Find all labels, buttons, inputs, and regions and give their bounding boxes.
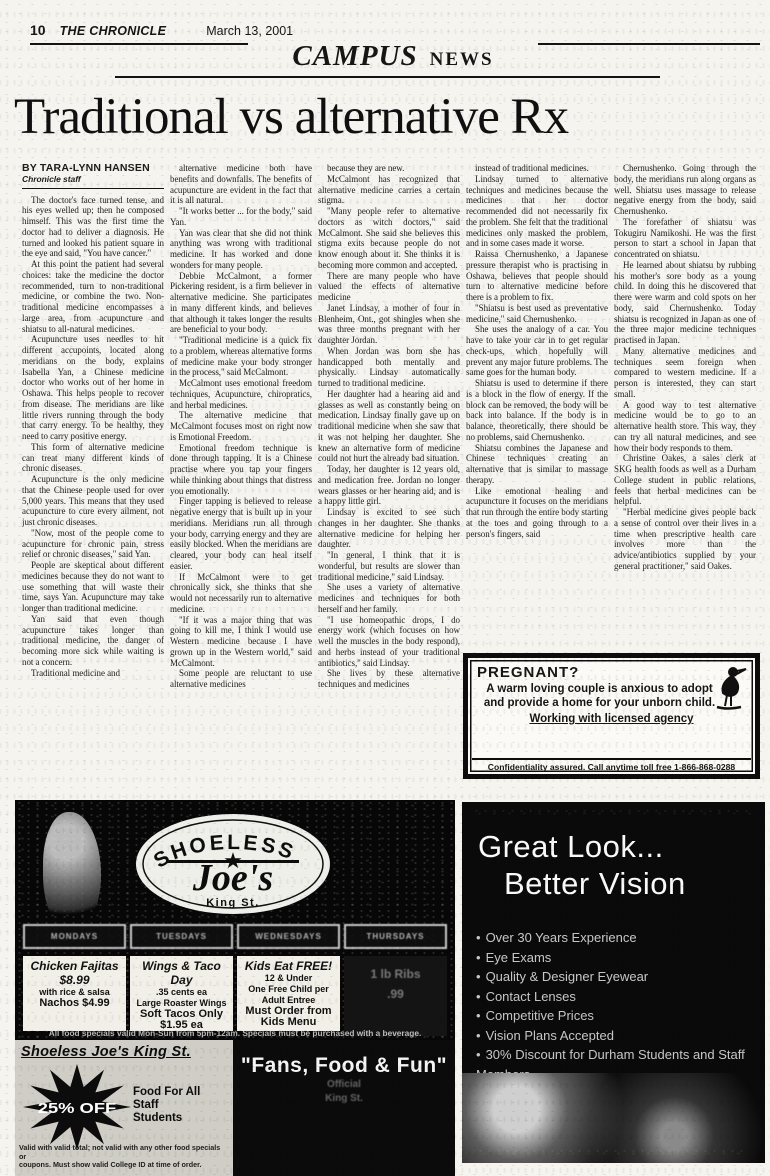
pregnant-ad: PREGNANT? A warm loving couple is anxiou…: [463, 653, 760, 779]
vision-ad: Great Look... Better Vision Over 30 Year…: [462, 802, 765, 1163]
fans-sub1: Official: [233, 1078, 455, 1092]
vision-bullet-list: Over 30 Years ExperienceEye ExamsQuality…: [476, 928, 746, 1084]
vision-bullet: Quality & Designer Eyewear: [476, 967, 746, 987]
staff-panel-title: Shoeless Joe's King St.: [15, 1040, 233, 1060]
special-line: Chicken Fajitas $8.99: [23, 959, 126, 987]
masthead: 10 THE CHRONICLE March 13, 2001: [30, 22, 760, 38]
article-paragraph: Raissa Chernushenko, a Japanese pressure…: [466, 249, 608, 303]
shoeless-joes-logo: SHOELESS ★ Joe's King St.: [133, 812, 333, 916]
special-line: .99: [344, 984, 447, 1004]
special-cell-4: 1 lb Ribs.99: [344, 956, 447, 1036]
article-column-2: alternative medicine both have benefits …: [170, 163, 312, 780]
article-paragraph: She uses a variety of alternative medici…: [318, 582, 460, 614]
issue-date: March 13, 2001: [206, 24, 293, 38]
byline: BY TARA-LYNN HANSEN Chronicle staff: [22, 163, 164, 189]
article-paragraph: Emotional freedom technique is done thro…: [170, 443, 312, 497]
special-line: 12 & Under: [237, 973, 340, 984]
article-paragraph: McCalmont has recognized that alternativ…: [318, 174, 460, 206]
day-header-2: TUESDAYS: [130, 924, 233, 949]
special-cell-2: Wings & Taco Day.35 cents eaLarge Roaste…: [130, 956, 233, 1031]
day-header-1: MONDAYS: [23, 924, 126, 949]
section-banner-sub: NEWS: [430, 49, 494, 70]
article-paragraph: "Herbal medicine gives people back a sen…: [614, 507, 756, 572]
fans-sub2: King St.: [233, 1092, 455, 1106]
article-paragraph: Yan said that even though acupuncture ta…: [22, 614, 164, 668]
article-paragraph: Shiatsu combines the Japanese and Chines…: [466, 443, 608, 486]
staff-side-line1: Food For All Staff: [133, 1086, 228, 1112]
article-paragraph: Janet Lindsay, a mother of four in Blenh…: [318, 303, 460, 346]
staff-side-line2: Students: [133, 1112, 228, 1125]
article-paragraph: Yan was clear that she did not think any…: [170, 228, 312, 271]
pregnant-ad-agency: Working with licensed agency: [477, 713, 746, 725]
vision-title-line2: Better Vision: [504, 865, 765, 902]
byline-credit: Chronicle staff: [22, 174, 164, 185]
article-paragraph: Debbie McCalmont, a former Pickering res…: [170, 271, 312, 336]
fans-slogan: "Fans, Food & Fun": [233, 1054, 455, 1078]
article-paragraph: The forefather of shiatsu was Tokugiru N…: [614, 217, 756, 260]
paper-name: THE CHRONICLE: [60, 24, 167, 38]
article-paragraph: When Jordan was born she has handicapped…: [318, 346, 460, 389]
vision-bullet: Vision Plans Accepted: [476, 1026, 746, 1046]
pregnant-ad-line1: A warm loving couple is anxious to adopt: [477, 683, 722, 697]
article-paragraph: alternative medicine both have benefits …: [170, 163, 312, 206]
special-line: Kids Eat FREE!: [237, 959, 340, 973]
article-paragraph: Her daughter had a hearing aid and glass…: [318, 389, 460, 464]
article-paragraph: The alternative medicine that McCalmont …: [170, 410, 312, 442]
article-headline: Traditional vs alternative Rx: [14, 88, 762, 146]
vision-bullet: Over 30 Years Experience: [476, 928, 746, 948]
page-number: 10: [30, 22, 46, 38]
special-line: Nachos $4.99: [23, 998, 126, 1009]
article-column-1: BY TARA-LYNN HANSEN Chronicle staff The …: [22, 163, 164, 780]
article-paragraph: She uses the analogy of a car. You have …: [466, 324, 608, 378]
article-paragraph: There are many people who have valued th…: [318, 271, 460, 303]
article-paragraph: The doctor's face turned tense, and his …: [22, 195, 164, 260]
article-paragraph: Lindsay is excited to see such changes i…: [318, 507, 460, 550]
article-paragraph: "It works better ... for the body," said…: [170, 206, 312, 228]
day-header-4: THURSDAYS: [344, 924, 447, 949]
special-line: Must Order from Kids Menu: [237, 1006, 340, 1028]
article-paragraph: Shiatsu is used to determine if there is…: [466, 378, 608, 443]
article-paragraph: Today, her daughter is 12 years old, and…: [318, 464, 460, 507]
banner-rule: [115, 76, 660, 78]
shoeless-joes-ad: SHOELESS ★ Joe's King St. MONDAYS TUESDA…: [15, 800, 455, 1176]
article-paragraph: McCalmont uses emotional freedom techniq…: [170, 378, 312, 410]
section-banner: CAMPUS NEWS: [248, 40, 538, 73]
article-paragraph: People are skeptical about different med…: [22, 560, 164, 614]
discount-burst-text: 25% OFF: [38, 1100, 116, 1117]
article-column-3: because they are new.McCalmont has recog…: [318, 163, 460, 780]
discount-starburst: 25% OFF: [23, 1064, 131, 1150]
article-paragraph: Christine Oakes, a sales clerk at SKG he…: [614, 453, 756, 507]
article-paragraph: "Traditional medicine is a quick fix to …: [170, 335, 312, 378]
fine-print-line2: coupons. Must show valid College ID at t…: [19, 1161, 227, 1170]
special-line: One Free Child per Adult Entree: [237, 984, 340, 1006]
pregnant-ad-title: PREGNANT?: [477, 664, 746, 681]
article-paragraph: Finger tapping is believed to release ne…: [170, 496, 312, 571]
article-paragraph: "Now, most of the people come to acupunc…: [22, 528, 164, 560]
article-paragraph: A good way to test alternative medicine …: [614, 400, 756, 454]
article-paragraph: instead of traditional medicines.: [466, 163, 608, 174]
pregnant-ad-line2: and provide a home for your unborn child…: [477, 697, 722, 711]
article-paragraph: Like emotional healing and acupuncture i…: [466, 486, 608, 540]
article-paragraph: This form of alternative medicine can tr…: [22, 442, 164, 474]
article-paragraph: "Many people refer to alternative doctor…: [318, 206, 460, 271]
article-paragraph: Acupuncture is the only medicine that th…: [22, 474, 164, 528]
article-paragraph: "If it was a major thing that was going …: [170, 615, 312, 669]
article-paragraph: Acupuncture uses needles to hit differen…: [22, 334, 164, 442]
article-paragraph: Some people are reluctant to use alterna…: [170, 668, 312, 690]
article-paragraph: He learned about shiatsu by rubbing his …: [614, 260, 756, 346]
fine-print-line1: Valid with valid total; not valid with a…: [19, 1144, 227, 1161]
vision-ad-top-strip: [472, 808, 752, 816]
staff-discount-panel: Shoeless Joe's King St. 25% OFF Food For…: [15, 1040, 233, 1176]
article-paragraph: "I use homeopathic drops, I do energy wo…: [318, 615, 460, 669]
article-paragraph: She lives by these alternative technique…: [318, 668, 460, 690]
specials-grid: MONDAYS TUESDAYS WEDNESDAYS THURSDAYS Ch…: [23, 924, 447, 1036]
fans-panel: "Fans, Food & Fun" Official King St.: [233, 1040, 455, 1176]
article-paragraph: At this point the patient had several ch…: [22, 259, 164, 334]
special-line: Wings & Taco Day: [130, 959, 233, 987]
article-paragraph: Lindsay turned to alternative techniques…: [466, 174, 608, 249]
staff-side-text: Food For All Staff Students: [133, 1086, 228, 1125]
column-1-paragraphs: The doctor's face turned tense, and his …: [22, 195, 164, 679]
vision-bullet: Eye Exams: [476, 948, 746, 968]
staff-fine-print: Valid with valid total; not valid with a…: [19, 1144, 227, 1170]
vision-bullet: Competitive Prices: [476, 1006, 746, 1026]
special-cell-3: Kids Eat FREE!12 & UnderOne Free Child p…: [237, 956, 340, 1031]
article-paragraph: Chernushenko. Going through the body, th…: [614, 163, 756, 217]
special-line: .35 cents ea: [130, 987, 233, 998]
article-paragraph: Many alternative medicines and technique…: [614, 346, 756, 400]
article-paragraph: "Shiatsu is best used as preventative me…: [466, 303, 608, 325]
day-header-3: WEDNESDAYS: [237, 924, 340, 949]
article-paragraph: because they are new.: [318, 163, 460, 174]
vision-ad-bottom-strip: [476, 1148, 746, 1155]
section-banner-main: CAMPUS: [292, 40, 417, 72]
specials-note: All food specials valid Mon-Sun from 5pm…: [23, 1028, 447, 1038]
pregnant-ad-footer: Confidentiality assured. Call anytime to…: [472, 758, 751, 772]
special-cell-1: Chicken Fajitas $8.99with rice & salsaNa…: [23, 956, 126, 1031]
vision-title-line1: Great Look...: [478, 829, 664, 864]
article-paragraph: Traditional medicine and: [22, 668, 164, 679]
vision-bullet: Contact Lenses: [476, 987, 746, 1007]
logo-name: Joe's: [192, 857, 273, 899]
stork-icon: [707, 664, 747, 710]
byline-author: BY TARA-LYNN HANSEN: [22, 163, 164, 174]
vision-ad-title: Great Look... Better Vision: [478, 828, 765, 902]
logo-street: King St.: [206, 897, 260, 909]
article-paragraph: If McCalmont were to get chronically sic…: [170, 572, 312, 615]
special-line: 1 lb Ribs: [344, 964, 447, 984]
fist-photo: [43, 812, 101, 932]
article-paragraph: "In general, I think that it is wonderfu…: [318, 550, 460, 582]
